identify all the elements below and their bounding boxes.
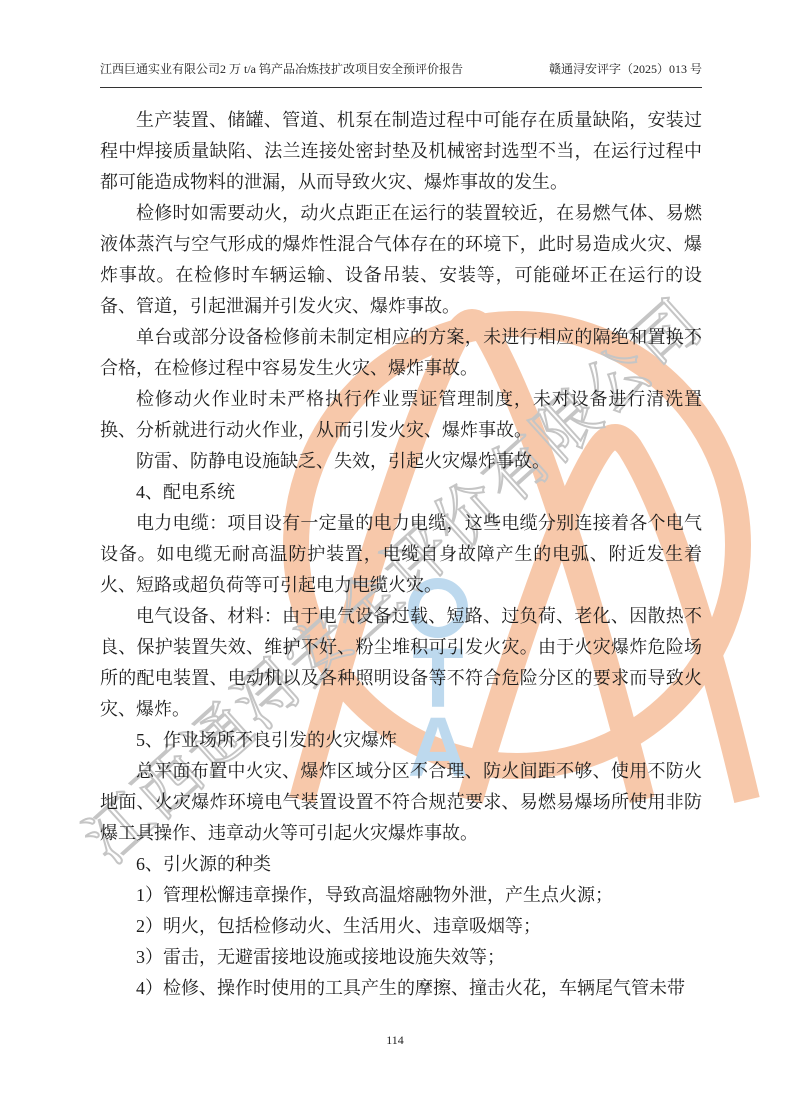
document-body: 生产装置、储罐、管道、机泵在制造过程中可能存在质量缺陷，安装过程中焊接质量缺陷、…	[100, 105, 702, 1004]
paragraph: 生产装置、储罐、管道、机泵在制造过程中可能存在质量缺陷，安装过程中焊接质量缺陷、…	[100, 105, 702, 198]
section-heading: 5、作业场所不良引发的火灾爆炸	[100, 725, 702, 756]
paragraph: 检修动火作业时未严格执行作业票证管理制度，未对设备进行清洗置换、分析就进行动火作…	[100, 384, 702, 446]
paragraph: 检修时如需要动火，动火点距正在运行的装置较近，在易燃气体、易燃液体蒸汽与空气形成…	[100, 198, 702, 322]
page-header: 江西巨通实业有限公司2 万 t/a 钨产品冶炼技扩改项目安全预评价报告 赣通浔安…	[100, 60, 702, 77]
section-heading: 6、引火源的种类	[100, 849, 702, 880]
paragraph: 总平面布置中火灾、爆炸区域分区不合理、防火间距不够、使用不防火地面、火灾爆炸环境…	[100, 756, 702, 849]
paragraph: 电气设备、材料：由于电气设备过载、短路、过负荷、老化、因散热不良、保护装置失效、…	[100, 601, 702, 725]
header-document-number: 赣通浔安评字（2025）013 号	[549, 60, 702, 77]
header-rule	[100, 87, 702, 88]
list-item: 2）明火，包括检修动火、生活用火、违章吸烟等；	[100, 911, 702, 942]
paragraph: 防雷、防静电设施缺乏、失效，引起火灾爆炸事故。	[100, 446, 702, 477]
document-page: T A 江西通浔安全评价有限公司 江西巨通实业有限公司2 万 t/a 钨产品冶炼…	[0, 0, 790, 1117]
header-report-title: 江西巨通实业有限公司2 万 t/a 钨产品冶炼技扩改项目安全预评价报告	[100, 60, 463, 77]
paragraph: 单台或部分设备检修前未制定相应的方案，未进行相应的隔绝和置换不合格，在检修过程中…	[100, 322, 702, 384]
list-item: 4）检修、操作时使用的工具产生的摩擦、撞击火花，车辆尾气管未带	[100, 973, 702, 1004]
list-item: 3）雷击，无避雷接地设施或接地设施失效等；	[100, 942, 702, 973]
page-number: 114	[0, 1033, 790, 1048]
paragraph: 电力电缆：项目设有一定量的电力电缆，这些电缆分别连接着各个电气设备。如电缆无耐高…	[100, 508, 702, 601]
section-heading: 4、配电系统	[100, 477, 702, 508]
list-item: 1）管理松懈违章操作，导致高温熔融物外泄，产生点火源；	[100, 880, 702, 911]
